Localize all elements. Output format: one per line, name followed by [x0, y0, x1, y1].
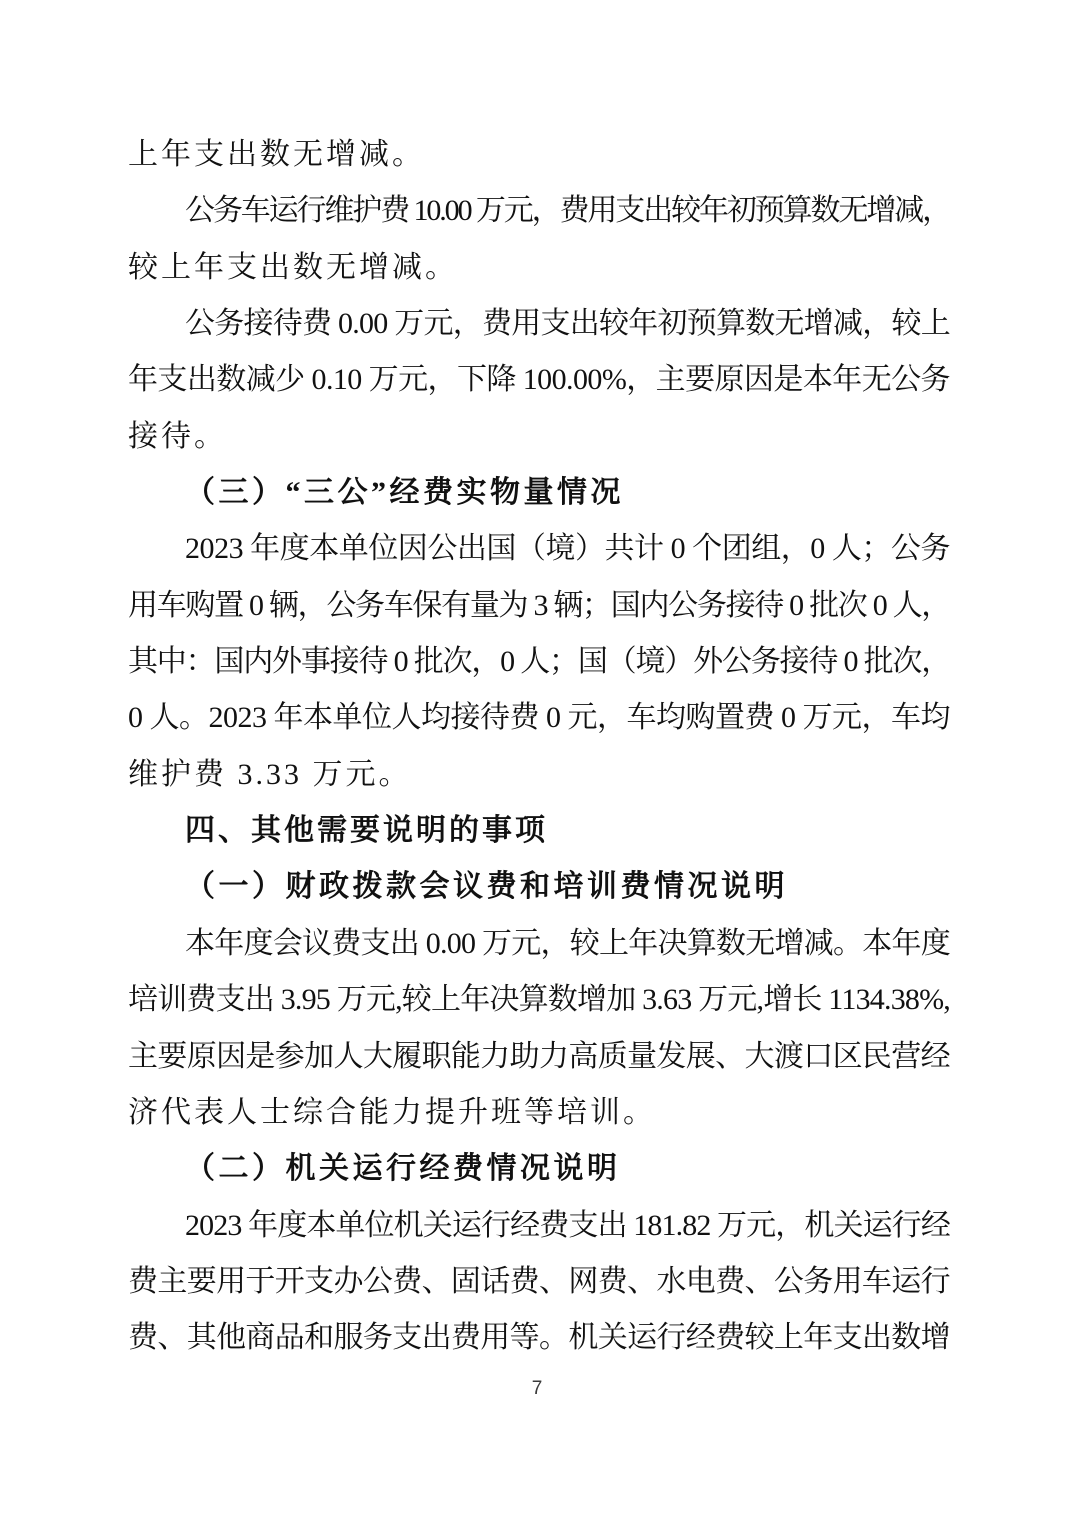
- body-text-line: 年支出数减少 0.10 万元，下降 100.00%，主要原因是本年无公务: [128, 352, 950, 408]
- text-content: （二）机关运行经费情况说明: [185, 1141, 621, 1197]
- text-content: 培训费支出 3.95 万元,较上年决算数增加 3.63 万元,增长 1134.3…: [128, 972, 950, 1028]
- body-text-line: 维护费 3.33 万元。: [128, 747, 950, 803]
- text-content: 0 人。2023 年本单位人均接待费 0 元，车均购置费 0 万元，车均: [128, 690, 950, 746]
- section-heading: 四、其他需要说明的事项: [128, 803, 950, 859]
- body-text-line: 济代表人士综合能力提升班等培训。: [128, 1085, 950, 1141]
- body-text-line: 2023 年度本单位因公出国（境）共计 0 个团组，0 人；公务: [128, 521, 950, 577]
- text-content: 用车购置 0 辆，公务车保有量为 3 辆；国内公务接待 0 批次 0 人，: [128, 578, 950, 634]
- text-content: 2023 年度本单位机关运行经费支出 181.82 万元，机关运行经: [185, 1198, 950, 1254]
- text-content: 较上年支出数无增减。: [128, 240, 458, 296]
- document-body: 上年支出数无增减。公务车运行维护费 10.00 万元，费用支出较年初预算数无增减…: [128, 127, 950, 1367]
- body-text-line: 公务车运行维护费 10.00 万元，费用支出较年初预算数无增减，: [128, 183, 950, 239]
- text-content: （一）财政拨款会议费和培训费情况说明: [185, 859, 788, 915]
- text-content: 主要原因是参加人大履职能力助力高质量发展、大渡口区民营经: [128, 1029, 950, 1085]
- text-content: 接待。: [128, 409, 227, 465]
- subsection-heading: （一）财政拨款会议费和培训费情况说明: [128, 859, 950, 915]
- text-content: 四、其他需要说明的事项: [185, 803, 548, 859]
- subsection-heading: （二）机关运行经费情况说明: [128, 1141, 950, 1197]
- page-number: 7: [532, 1378, 543, 1399]
- body-text-line: 其中：国内外事接待 0 批次，0 人；国（境）外公务接待 0 批次，: [128, 634, 950, 690]
- text-content: （三）“三公”经费实物量情况: [185, 465, 624, 521]
- body-text-line: 2023 年度本单位机关运行经费支出 181.82 万元，机关运行经: [128, 1198, 950, 1254]
- text-content: 本年度会议费支出 0.00 万元，较上年决算数无增减。本年度: [185, 916, 950, 972]
- body-text-line: 上年支出数无增减。: [128, 127, 950, 183]
- text-content: 维护费 3.33 万元。: [128, 747, 412, 803]
- body-text-line: 本年度会议费支出 0.00 万元，较上年决算数无增减。本年度: [128, 916, 950, 972]
- page-footer: 7: [0, 1378, 1074, 1400]
- body-text-line: 0 人。2023 年本单位人均接待费 0 元，车均购置费 0 万元，车均: [128, 690, 950, 746]
- body-text-line: 培训费支出 3.95 万元,较上年决算数增加 3.63 万元,增长 1134.3…: [128, 972, 950, 1028]
- body-text-line: 费主要用于开支办公费、固话费、网费、水电费、公务用车运行: [128, 1254, 950, 1310]
- text-content: 公务接待费 0.00 万元，费用支出较年初预算数无增减，较上: [185, 296, 950, 352]
- text-content: 公务车运行维护费 10.00 万元，费用支出较年初预算数无增减，: [185, 183, 950, 239]
- text-content: 费、其他商品和服务支出费用等。机关运行经费较上年支出数增: [128, 1310, 950, 1366]
- text-content: 上年支出数无增减。: [128, 127, 425, 183]
- body-text-line: 接待。: [128, 409, 950, 465]
- document-page: 上年支出数无增减。公务车运行维护费 10.00 万元，费用支出较年初预算数无增减…: [0, 0, 1074, 1520]
- subsection-heading: （三）“三公”经费实物量情况: [128, 465, 950, 521]
- text-content: 济代表人士综合能力提升班等培训。: [128, 1085, 656, 1141]
- text-content: 费主要用于开支办公费、固话费、网费、水电费、公务用车运行: [128, 1254, 950, 1310]
- text-content: 年支出数减少 0.10 万元，下降 100.00%，主要原因是本年无公务: [128, 352, 950, 408]
- body-text-line: 用车购置 0 辆，公务车保有量为 3 辆；国内公务接待 0 批次 0 人，: [128, 578, 950, 634]
- body-text-line: 主要原因是参加人大履职能力助力高质量发展、大渡口区民营经: [128, 1029, 950, 1085]
- text-content: 2023 年度本单位因公出国（境）共计 0 个团组，0 人；公务: [185, 521, 950, 577]
- text-content: 其中：国内外事接待 0 批次，0 人；国（境）外公务接待 0 批次，: [128, 634, 950, 690]
- body-text-line: 较上年支出数无增减。: [128, 240, 950, 296]
- body-text-line: 公务接待费 0.00 万元，费用支出较年初预算数无增减，较上: [128, 296, 950, 352]
- body-text-line: 费、其他商品和服务支出费用等。机关运行经费较上年支出数增: [128, 1310, 950, 1366]
